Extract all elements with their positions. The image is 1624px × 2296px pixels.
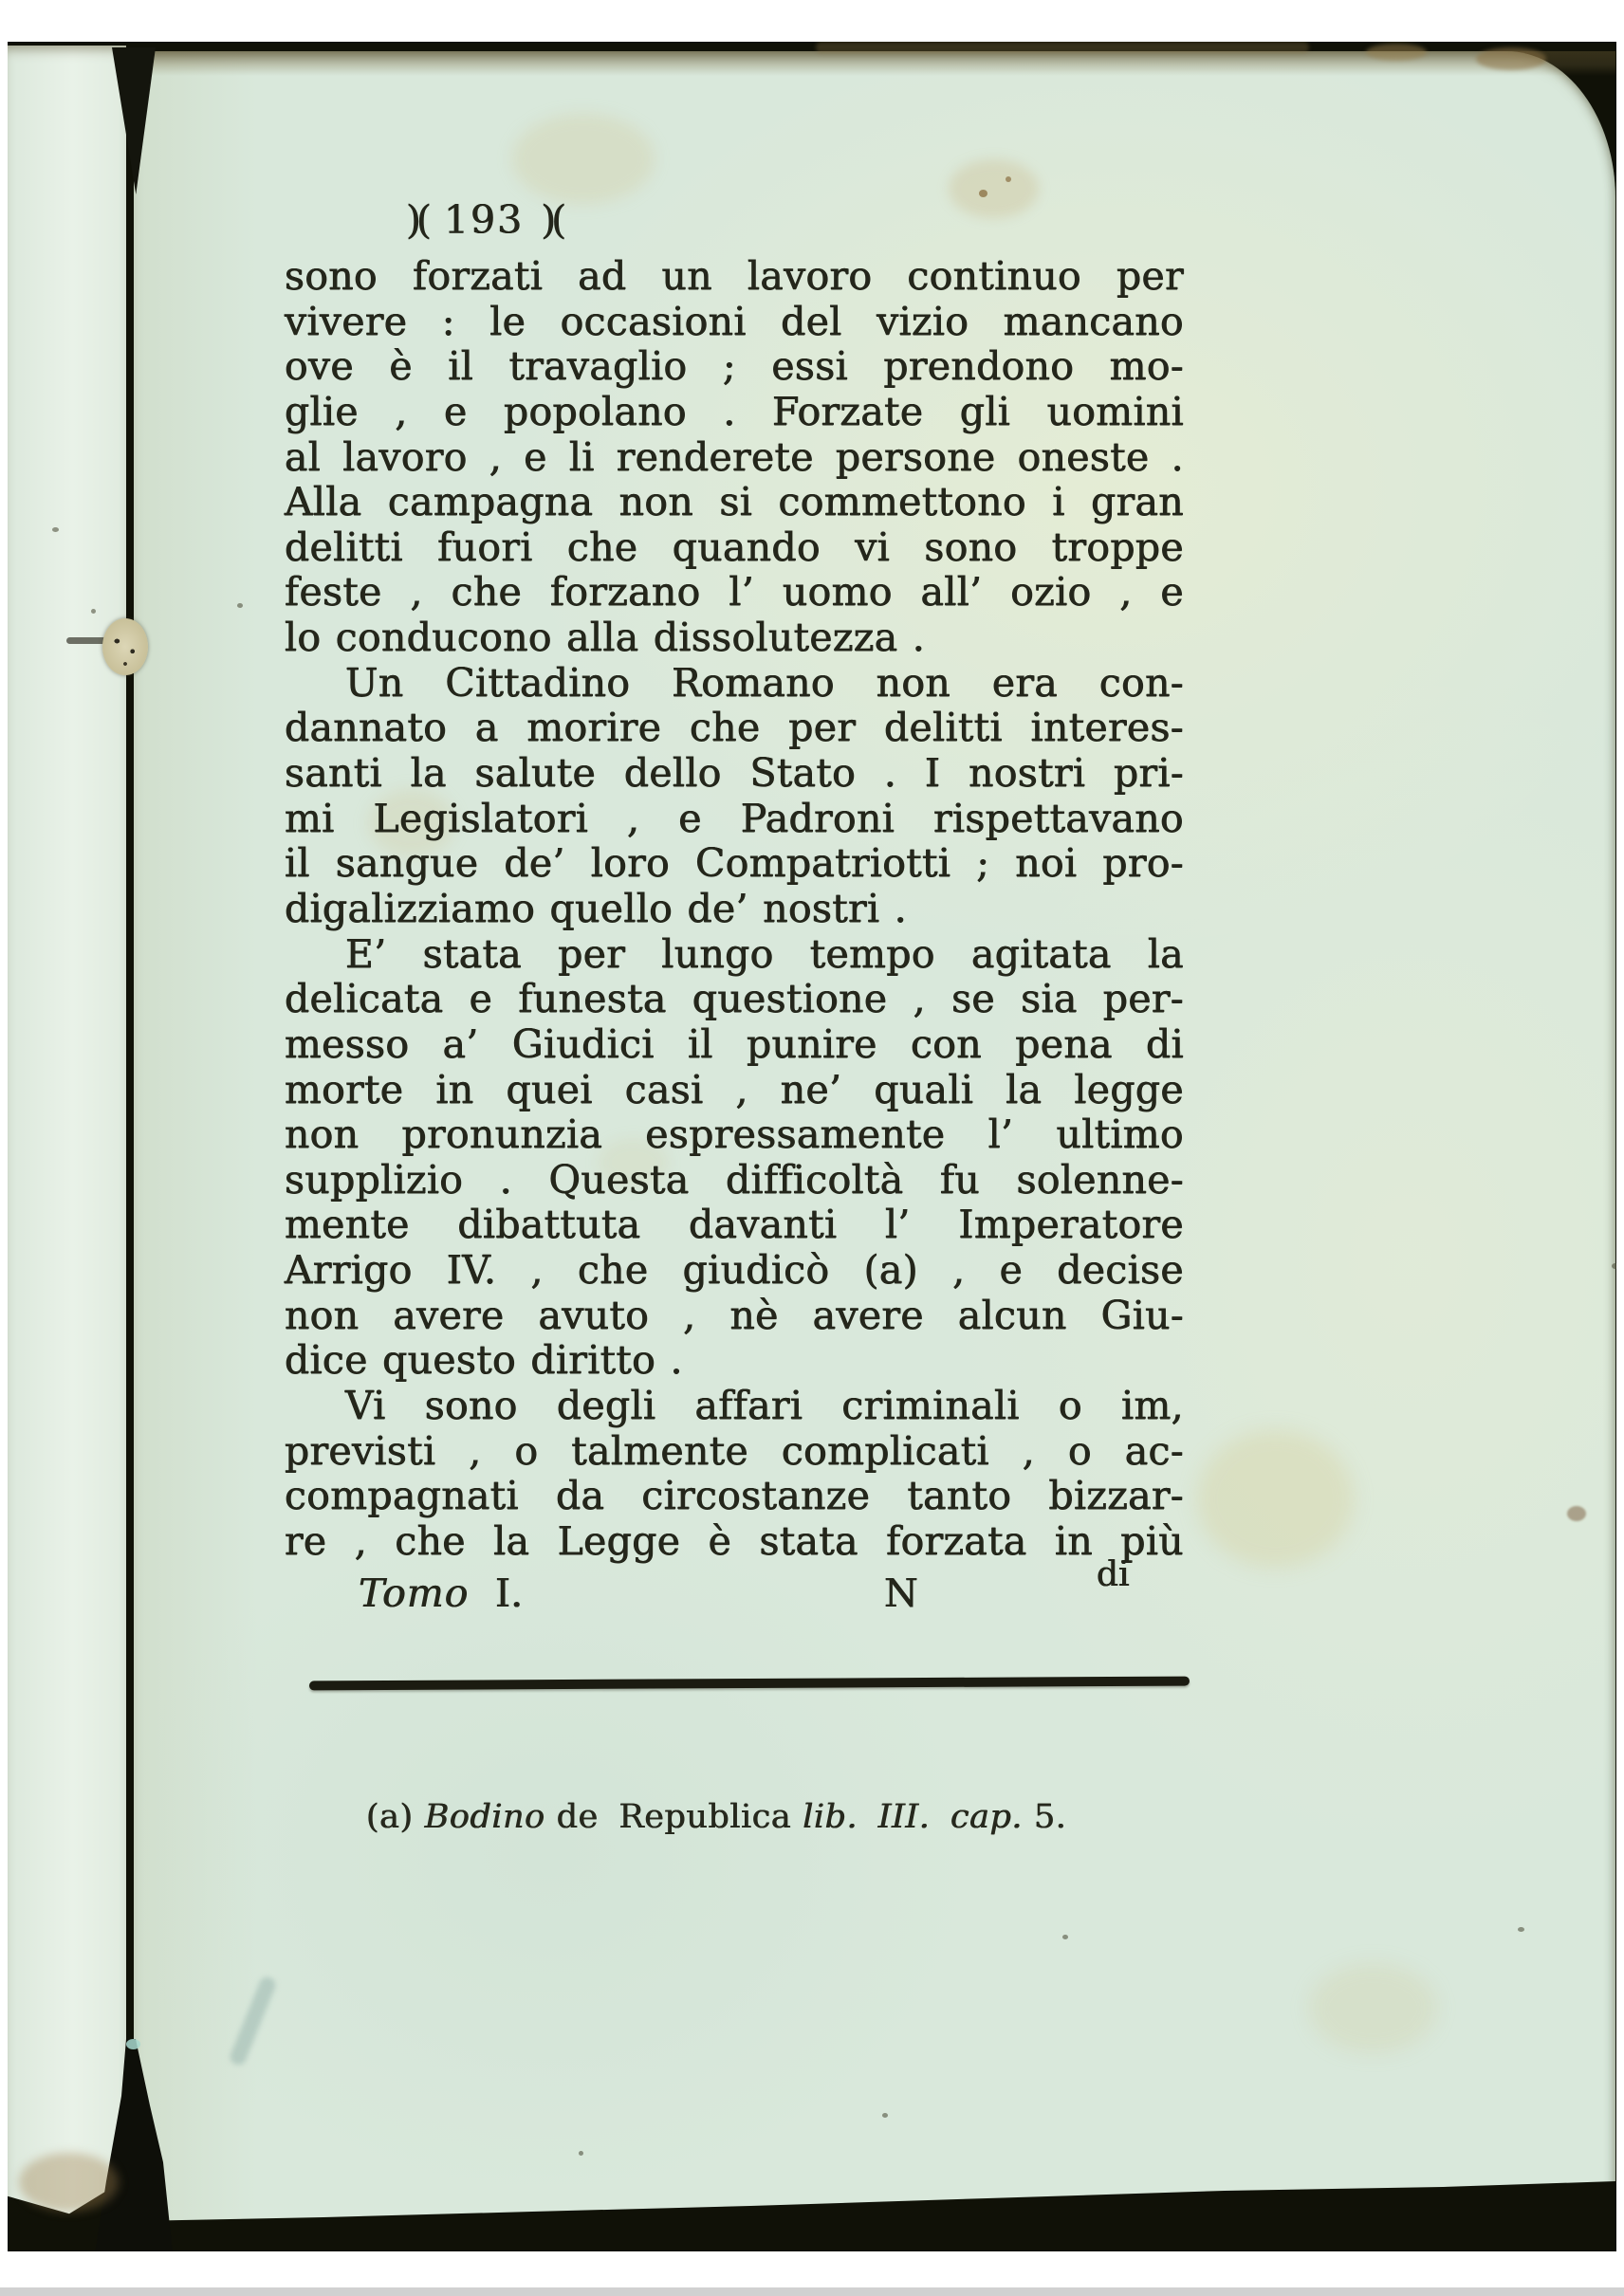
paper-speck bbox=[979, 190, 987, 197]
footnote-marker: (a) bbox=[366, 1798, 414, 1836]
body-text-line: glie , e popolano . Forzate gli uomini bbox=[285, 390, 1184, 435]
body-text-line: Alla campagna non si commettono i gran bbox=[285, 480, 1184, 525]
ink-speck bbox=[1518, 1927, 1524, 1932]
ink-speck bbox=[52, 527, 59, 532]
footnote-author: Bodino bbox=[425, 1798, 545, 1836]
ink-speck bbox=[579, 2151, 583, 2156]
binding-thread bbox=[66, 637, 106, 644]
photo-white-border-left bbox=[0, 0, 8, 2296]
page-number-header: )(193)( bbox=[285, 197, 1184, 245]
body-text-line: morte in quei casi , ne’ quali la legge bbox=[285, 1068, 1184, 1113]
paper-blemish bbox=[1567, 1506, 1586, 1521]
body-text-line: Un Cittadino Romano non era con- bbox=[285, 661, 1184, 707]
ink-speck bbox=[1062, 1935, 1068, 1939]
paper-speck bbox=[1006, 176, 1011, 182]
body-text-line: il sangue de’ loro Compatriotti ; noi pr… bbox=[285, 841, 1184, 887]
footnote: (a)Bodinode Republicalib. III. cap.5. bbox=[285, 1798, 1184, 1836]
body-text-line: mi Legislatori , e Padroni rispettavano bbox=[285, 797, 1184, 842]
volume-number: I. bbox=[495, 1570, 523, 1616]
ink-speck bbox=[91, 609, 96, 614]
deckle-chunk bbox=[816, 42, 1309, 53]
body-text-line: santi la salute dello Stato . I nostri p… bbox=[285, 751, 1184, 797]
body-text-line: delicata e funesta questione , se sia pe… bbox=[285, 977, 1184, 1022]
body-text-line: feste , che forzano l’ uomo all’ ozio , … bbox=[285, 570, 1184, 615]
gathering-signature-letter: N bbox=[884, 1570, 918, 1616]
body-text-line: Vi sono degli affari criminali o im, bbox=[285, 1384, 1184, 1429]
body-text-line: re , che la Legge è stata forzata in più bbox=[285, 1519, 1184, 1565]
deckle-chunk bbox=[1476, 47, 1546, 70]
scan-edge-strip bbox=[0, 2287, 1624, 2296]
paper-stain bbox=[1309, 1963, 1437, 2053]
paper-stain bbox=[512, 114, 655, 204]
catchword: di bbox=[1097, 1555, 1130, 1594]
body-text-line: messo a’ Giudici il punire con pena di bbox=[285, 1022, 1184, 1068]
footnote-citation: lib. III. cap. bbox=[803, 1798, 1023, 1836]
body-text-line: delitti fuori che quando vi sono troppe bbox=[285, 525, 1184, 571]
body-text-line: ove è il travaglio ; essi prendono mo- bbox=[285, 344, 1184, 390]
body-text-line: E’ stata per lungo tempo agitata la bbox=[285, 932, 1184, 978]
deckle-chunk bbox=[1366, 44, 1427, 61]
signature-line: Tomo I. N di bbox=[285, 1570, 1184, 1620]
volume-label-italic: Tomo bbox=[359, 1570, 469, 1616]
paper-stain bbox=[1197, 1430, 1354, 1568]
header-bracket-right: )( bbox=[541, 197, 562, 243]
body-text-line: compagnati da circostanze tanto bizzar- bbox=[285, 1474, 1184, 1519]
facing-page-edge bbox=[8, 46, 126, 2227]
body-text-line: sono forzati ad un lavoro continuo per bbox=[285, 254, 1184, 300]
ink-speck bbox=[882, 2113, 888, 2118]
body-text-line: non avere avuto , nè avere alcun Giu- bbox=[285, 1294, 1184, 1339]
body-text-line: lo conducono alla dissolutezza . bbox=[285, 615, 1184, 661]
body-text-line: mente dibattuta davanti l’ Imperatore bbox=[285, 1203, 1184, 1248]
footnote-chapter-number: 5. bbox=[1034, 1798, 1066, 1836]
body-text-line: dice questo diritto . bbox=[285, 1338, 1184, 1384]
page-number: 193 bbox=[444, 197, 524, 243]
photo-white-border-right bbox=[1616, 0, 1624, 2296]
body-text-line: previsti , o talmente complicati , o ac- bbox=[285, 1429, 1184, 1475]
body-text-line: digalizziamo quello de’ nostri . bbox=[285, 887, 1184, 932]
header-bracket-left: )( bbox=[406, 197, 427, 243]
body-text-line: al lavoro , e li renderete persone onest… bbox=[285, 435, 1184, 481]
body-text-line: supplizio . Questa difficoltà fu solenne… bbox=[285, 1158, 1184, 1203]
body-text-line: non pronunzia espressamente l’ ultimo bbox=[285, 1112, 1184, 1158]
footnote-title: de Republica bbox=[557, 1798, 792, 1836]
photo-white-border-top bbox=[0, 0, 1624, 42]
ink-speck bbox=[237, 603, 243, 608]
body-text-line: vivere : le occasioni del vizio mancano bbox=[285, 300, 1184, 345]
paper-stain bbox=[19, 2153, 119, 2212]
body-text-line: Arrigo IV. , che giudicò (a) , e decise bbox=[285, 1248, 1184, 1294]
binding-thread-knot bbox=[102, 618, 148, 675]
body-text-block: sono forzati ad un lavoro continuo per v… bbox=[285, 254, 1184, 1565]
scanned-book-photo: { "doc": { "header": { "left_bracket": "… bbox=[0, 0, 1624, 2296]
scan-artifact-dot bbox=[126, 2039, 140, 2049]
body-text-line: dannato a morire che per delitti interes… bbox=[285, 706, 1184, 751]
